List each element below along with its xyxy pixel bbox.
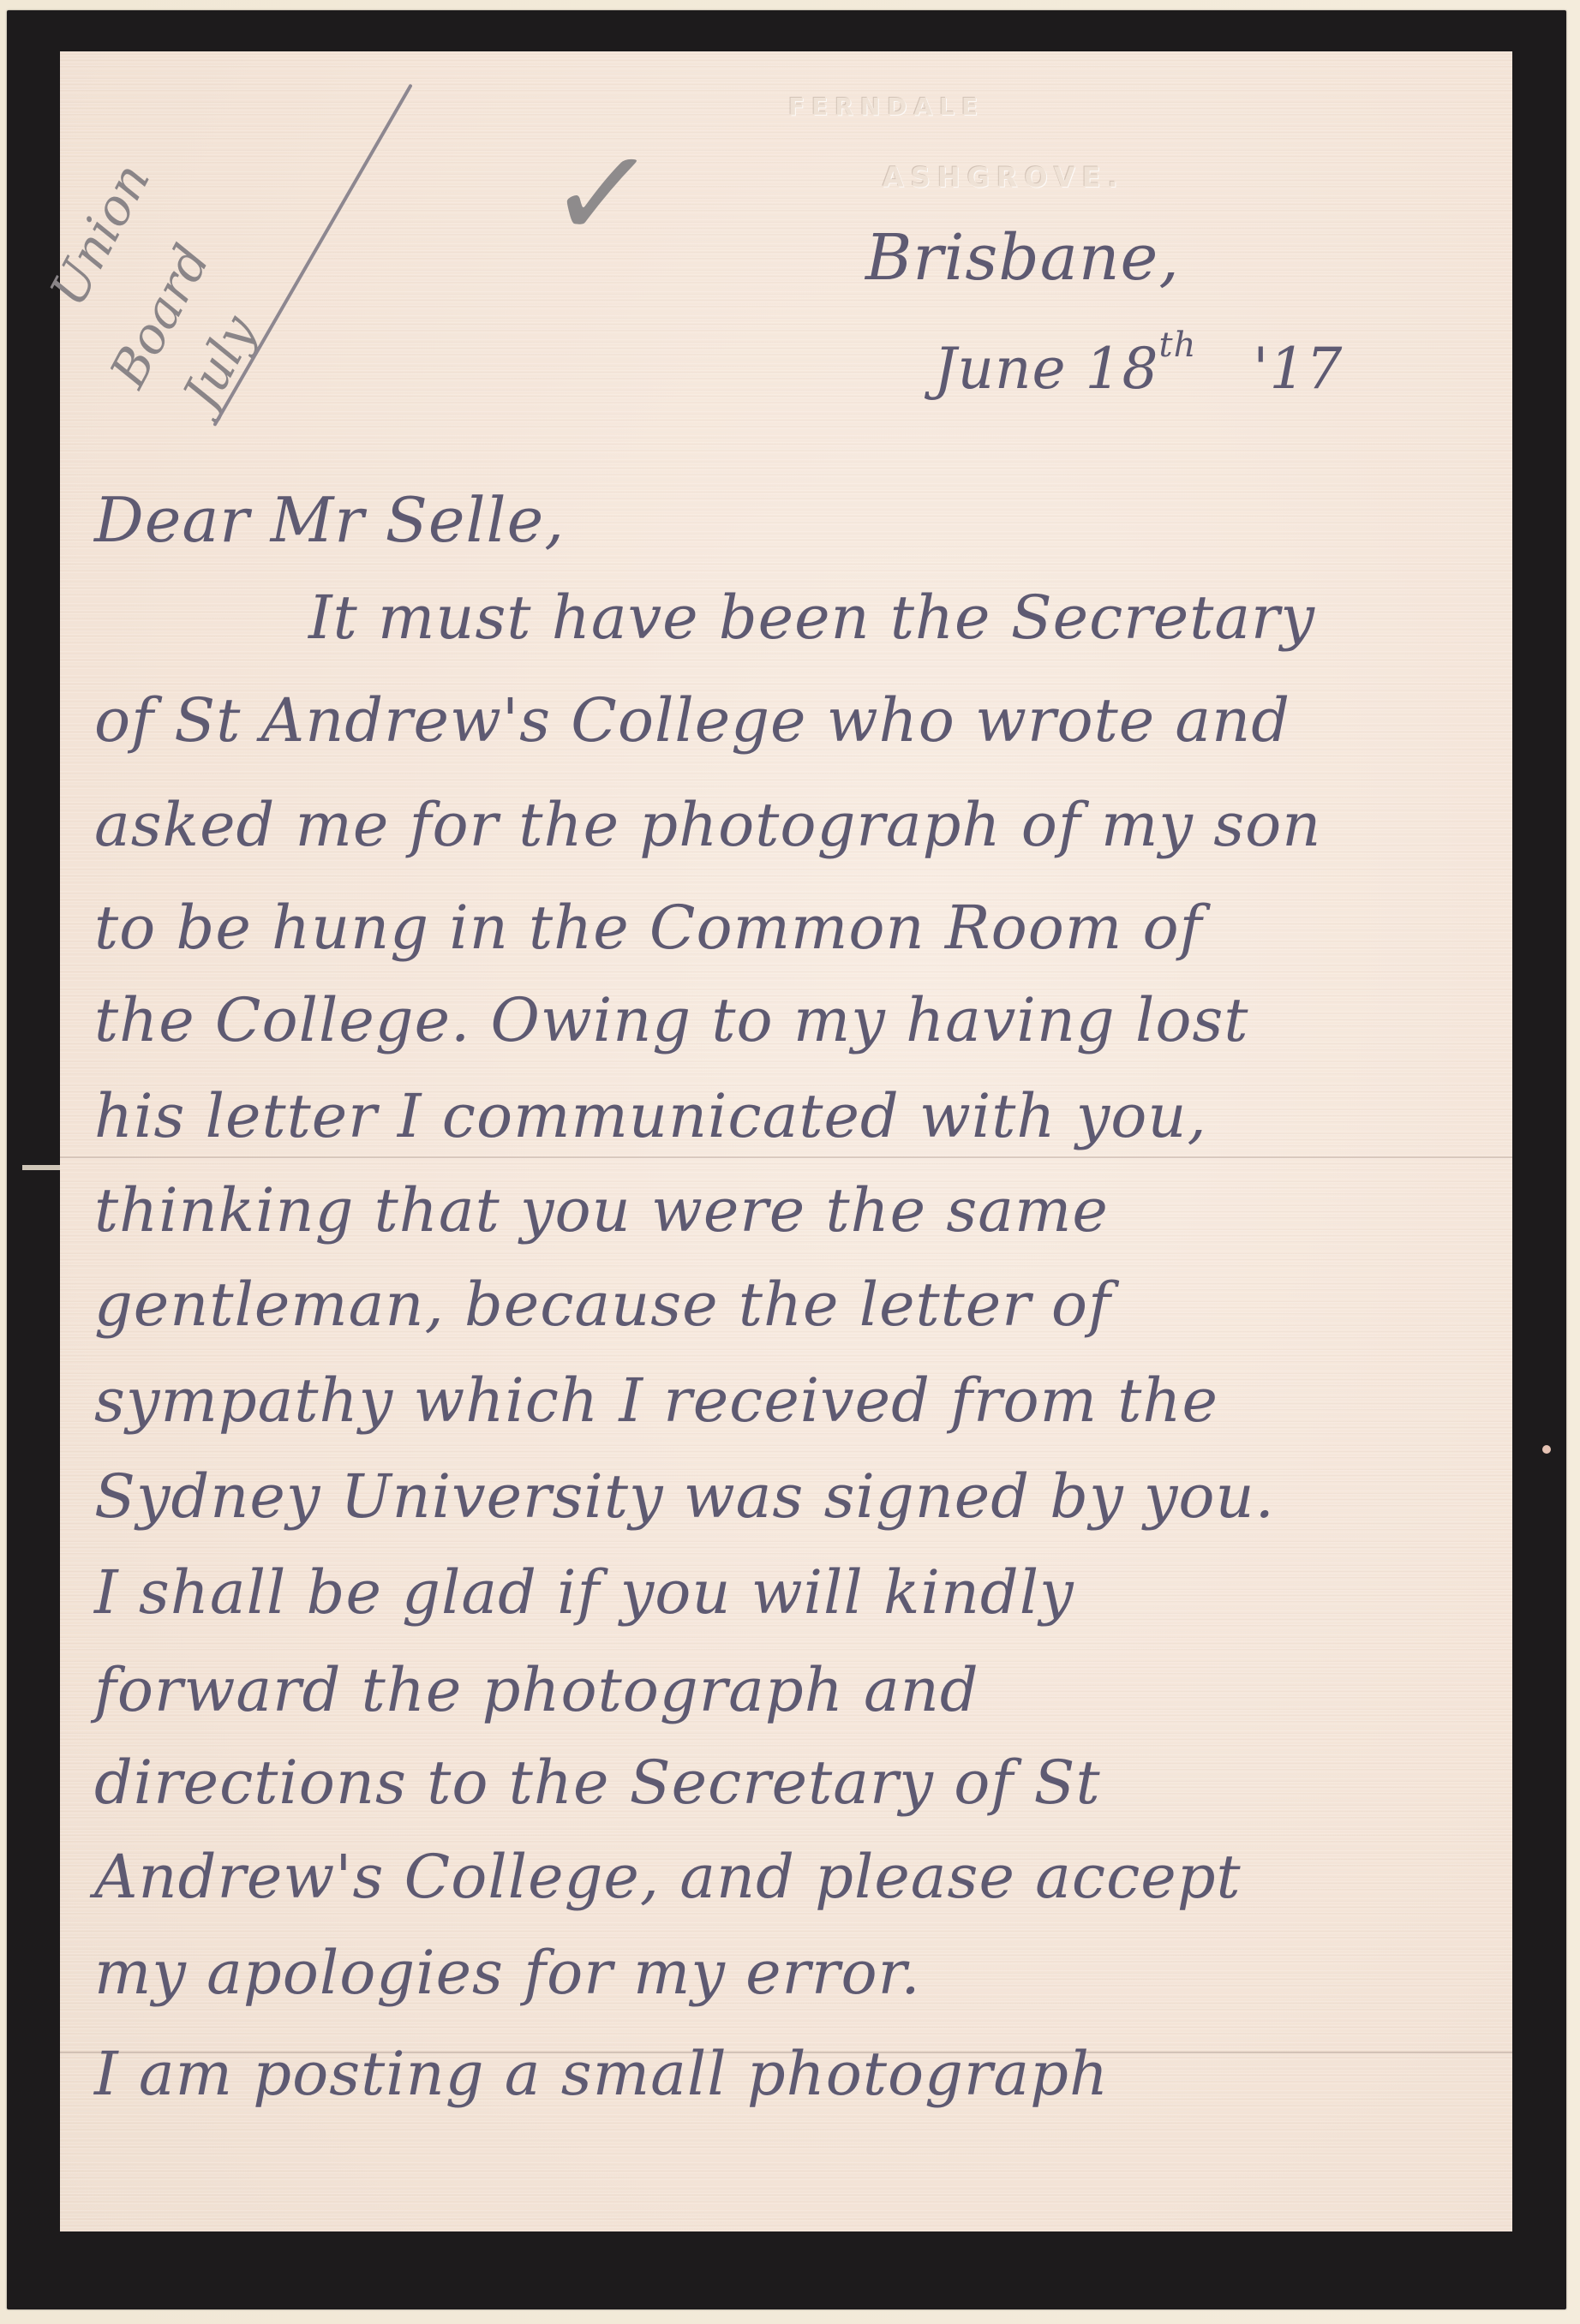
body-line: Sydney University was signed by you. <box>94 1461 1275 1532</box>
date-day: June 18 <box>934 336 1159 402</box>
body-line: gentleman, because the letter of <box>94 1270 1111 1340</box>
body-line: Andrew's College, and please accept <box>94 1842 1242 1912</box>
letter-place: Brisbane, <box>865 221 1180 295</box>
date-suffix: th <box>1159 326 1197 365</box>
body-line: his letter I communicated with you, <box>94 1081 1207 1151</box>
letter-date: June 18th '17 <box>934 336 1343 402</box>
body-line: I am posting a small photograph <box>94 2039 1109 2109</box>
body-line: asked me for the photograph of my son <box>94 790 1321 860</box>
border-pinhole <box>1542 1445 1551 1454</box>
body-line: thinking that you were the same <box>94 1175 1109 1246</box>
body-line: It must have been the Secretary <box>308 582 1315 653</box>
border-fold-break <box>22 1165 65 1170</box>
body-line: I shall be glad if you will kindly <box>94 1557 1074 1628</box>
body-line: of St Andrew's College who wrote and <box>94 685 1290 756</box>
date-year: '17 <box>1253 336 1343 402</box>
body-line: directions to the Secretary of St <box>94 1747 1101 1818</box>
fold-line <box>60 1156 1512 1158</box>
check-mark-icon: ✓ <box>543 116 661 272</box>
body-line: my apologies for my error. <box>94 1938 921 2008</box>
letterhead-house-name: FERNDALE <box>788 93 985 121</box>
body-line: the College. Owing to my having lost <box>94 985 1249 1055</box>
body-line: forward the photograph and <box>94 1655 979 1725</box>
body-line: sympathy which I received from the <box>94 1365 1218 1436</box>
body-line: to be hung in the Common Room of <box>94 893 1203 963</box>
salutation: Dear Mr Selle, <box>94 484 565 556</box>
letterhead-suburb: ASHGROVE. <box>883 161 1125 194</box>
